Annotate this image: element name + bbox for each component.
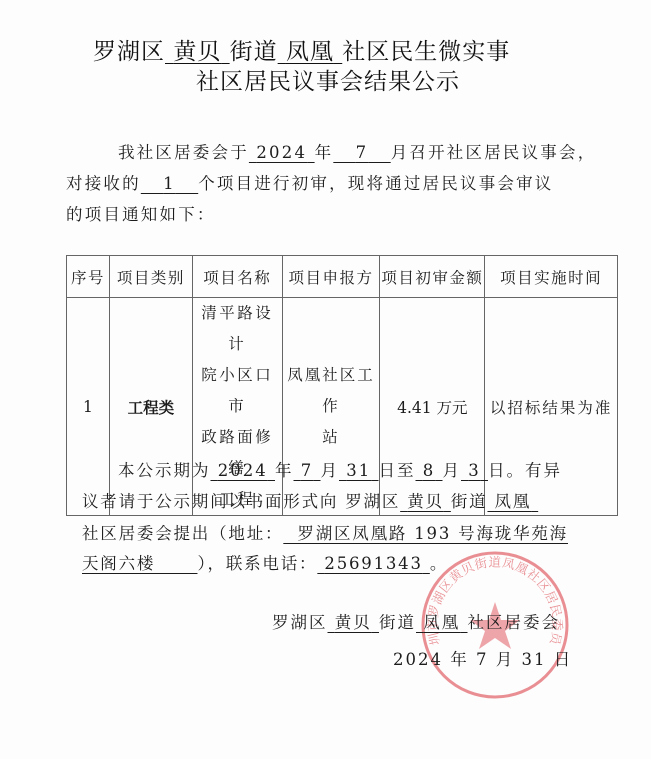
title-street-label: 街道 — [230, 39, 278, 65]
notice-end-day: 3 — [461, 461, 488, 480]
cell-index: 1 — [67, 298, 110, 516]
header-name: 项目名称 — [192, 256, 282, 298]
intro-line-3: 的项目通知如下： — [66, 201, 216, 225]
notice-start-month: 7 — [294, 461, 321, 480]
notice-address-part2: 天阁六楼 — [82, 554, 197, 573]
notice-start-day: 31 — [339, 461, 379, 480]
header-amount: 项目初审金额 — [380, 256, 485, 298]
title-street-name: 黄贝 — [165, 39, 230, 65]
notice-line-3: 社区居委会提出（地址： 罗湖区凤凰路 193 号海珑华苑海 — [82, 520, 568, 544]
table-header-row: 序号 项目类别 项目名称 项目申报方 项目初审金额 项目实施时间 — [67, 256, 618, 298]
signature-street: 黄贝 — [328, 613, 380, 632]
header-category: 项目类别 — [109, 256, 192, 298]
signature-line: 罗湖区 黄贝 街道 凤凰 社区居委会 — [272, 609, 560, 633]
notice-address-part1: 罗湖区凤凰路 193 号海珑华苑海 — [283, 524, 568, 543]
notice-line-4: 天阁六楼 ），联系电话： 25691343 。 — [82, 550, 448, 574]
header-schedule: 项目实施时间 — [485, 256, 618, 298]
signature-community: 凤凰 — [416, 613, 468, 632]
cell-name: 清平路设计 院小区口市 政路面修缮 工程 — [192, 298, 282, 516]
signature-date: 2024 年 7 月 31 日 — [393, 646, 572, 670]
table-row: 1 工程类 清平路设计 院小区口市 政路面修缮 工程 凤凰社区工作 站 4.41… — [67, 298, 618, 516]
header-applicant: 项目申报方 — [282, 256, 380, 298]
notice-community: 凤凰 — [487, 492, 538, 511]
project-count: 1 — [141, 174, 198, 193]
document-title-line2: 社区居民议事会结果公示 — [196, 63, 460, 96]
notice-phone: 25691343 — [317, 554, 429, 573]
notice-start-year: 2024 — [211, 461, 276, 480]
notice-line-2: 议者请于公示期间以书面形式向 罗湖区 黄贝 街道 凤凰 — [82, 488, 538, 512]
title-community-name: 凤凰 — [278, 39, 343, 65]
notice-street: 黄贝 — [400, 492, 451, 511]
header-index: 序号 — [67, 256, 110, 298]
cell-schedule: 以招标结果为准 — [485, 298, 618, 516]
notice-line-1: 本公示期为 2024 年 7 月 31 日至 8 月 3 日。有异 — [118, 457, 562, 481]
intro-line-1: 我社区居委会于 2024 年 7 月召开社区居民议事会， — [118, 139, 596, 163]
intro-line-2: 对接收的 1 个项目进行初审，现将通过居民议事会审议 — [66, 170, 554, 194]
cell-amount: 4.41 万元 — [380, 298, 485, 516]
cell-applicant: 凤凰社区工作 站 — [282, 298, 380, 516]
document-title-line1: 罗湖区 黄贝 街道 凤凰 社区民生微实事 — [93, 33, 510, 66]
title-district: 罗湖区 — [93, 39, 165, 65]
meeting-year: 2024 — [249, 143, 315, 162]
meeting-month: 7 — [333, 143, 390, 162]
cell-category: 工程类 — [109, 298, 192, 516]
notice-end-month: 8 — [416, 461, 443, 480]
title-suffix: 社区民生微实事 — [342, 39, 510, 65]
